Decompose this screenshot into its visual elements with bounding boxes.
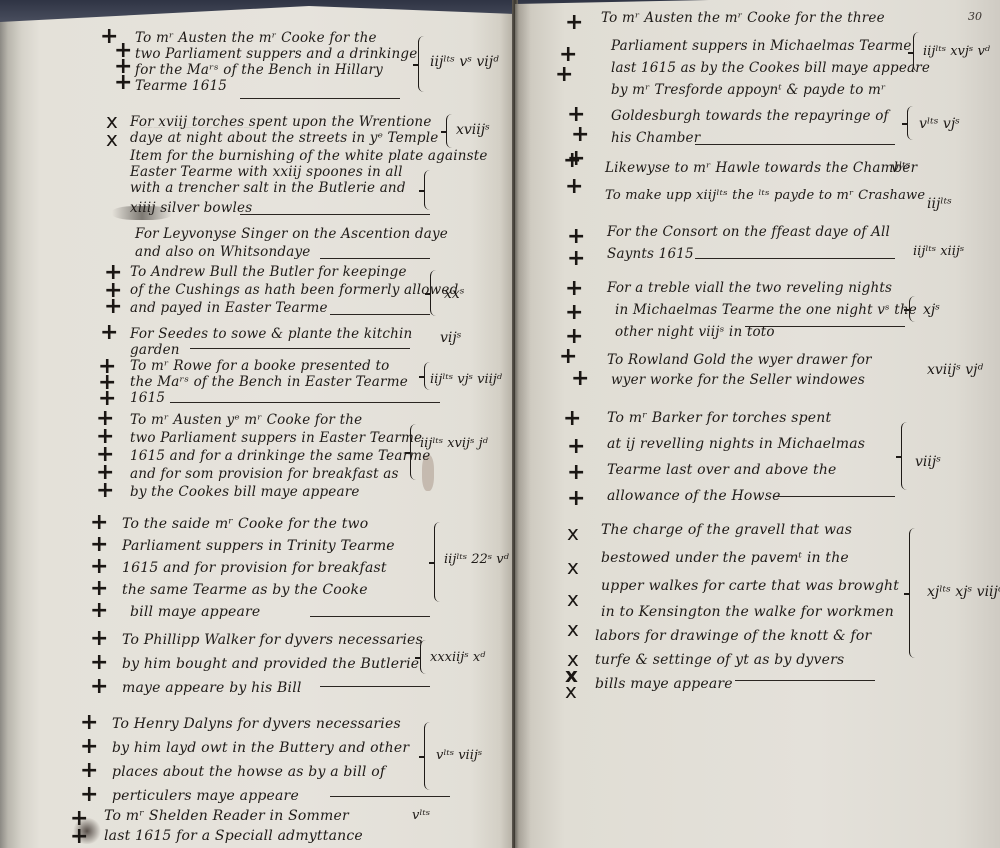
cross-mark: + bbox=[567, 436, 585, 458]
cross-mark: + bbox=[90, 512, 108, 534]
entry-line: To mʳ Barker for torches spent bbox=[607, 410, 831, 426]
cross-mark: + bbox=[80, 784, 98, 806]
closing-rule bbox=[240, 98, 400, 99]
entry-sum: vijˢ bbox=[440, 330, 461, 346]
cross-mark: + bbox=[567, 488, 585, 510]
entry-line: To mʳ Austen yᵉ mʳ Cooke for the bbox=[130, 412, 362, 428]
entry-line: Saynts 1615 bbox=[607, 246, 694, 262]
entry-line: by him bought and provided the Butlerie bbox=[122, 656, 419, 672]
open-manuscript-book: —— —— —— —— + + + + To mʳ Austen the mʳ … bbox=[0, 0, 1000, 848]
entry-sum: iijˡᵗˢ xvjˢ vᵈ bbox=[923, 44, 990, 59]
entry-line: and for som provision for breakfast as bbox=[130, 466, 399, 482]
entry-sum: xxxiijˢ xᵈ bbox=[430, 650, 485, 665]
x-mark: x bbox=[567, 618, 579, 640]
entry-line: and also on Whitsondaye bbox=[135, 244, 310, 260]
cross-mark: + bbox=[70, 826, 88, 848]
entry-line: of the Cushings as hath been formerly al… bbox=[130, 282, 458, 298]
entry-line: for the Maʳˢ of the Bench in Hillary bbox=[135, 62, 383, 78]
entry-sum: iijˡᵗˢ bbox=[927, 196, 952, 212]
closing-rule bbox=[190, 348, 410, 349]
entry-sum: iijˡᵗˢ xiijˢ bbox=[913, 244, 964, 259]
left-page: —— —— —— —— + + + + To mʳ Austen the mʳ … bbox=[0, 0, 515, 848]
entry-line: To mʳ Austen the mʳ Cooke for the bbox=[135, 30, 377, 46]
bracket bbox=[434, 522, 442, 602]
entry-sum: vˡᵗˢ bbox=[412, 808, 430, 823]
right-page: 30 + + + To mʳ Austen the mʳ Cooke for t… bbox=[515, 0, 1000, 848]
entry-line: last 1615 for a Speciall admyttance bbox=[104, 828, 363, 844]
entry-line: Tearme 1615 bbox=[135, 78, 227, 94]
entry-line: To the saide mʳ Cooke for the two bbox=[122, 516, 368, 532]
entry-line: allowance of the Howse bbox=[607, 488, 781, 504]
entry-line: the same Tearme as by the Cooke bbox=[122, 582, 368, 598]
bracket bbox=[913, 32, 921, 72]
entry-line: daye at night about the streets in yᵉ Te… bbox=[130, 130, 438, 146]
cross-mark: + bbox=[571, 124, 589, 146]
entry-line: turfe & settinge of yt as by dyvers bbox=[595, 652, 844, 668]
entry-line: To Rowland Gold the wyer drawer for bbox=[607, 352, 872, 368]
entry-line: The charge of the gravell that was bbox=[601, 522, 852, 538]
entry-sum: iijˡᵗˢ vjˢ viijᵈ bbox=[430, 372, 502, 387]
entry-line: two Parliament suppers and a drinkinge bbox=[135, 46, 417, 62]
entry-sum: xjˡᵗˢ xjˢ viijᵈ bbox=[927, 584, 1000, 600]
cross-mark: + bbox=[104, 296, 122, 318]
cross-mark: + bbox=[565, 302, 583, 324]
entry-sum: iijˡᵗˢ vˢ vijᵈ bbox=[430, 54, 499, 70]
closing-rule bbox=[695, 144, 895, 145]
entry-line: last 1615 as by the Cookes bill maye app… bbox=[611, 60, 930, 76]
cross-mark: + bbox=[563, 408, 581, 430]
cross-mark: + bbox=[90, 556, 108, 578]
entry-line: To mʳ Shelden Reader in Sommer bbox=[104, 808, 349, 824]
cross-mark: + bbox=[90, 628, 108, 650]
bracket bbox=[424, 170, 432, 210]
entry-line: For Leyvonyse Singer on the Ascention da… bbox=[135, 226, 448, 242]
cross-mark: + bbox=[90, 600, 108, 622]
bracket bbox=[410, 424, 418, 480]
bracket bbox=[909, 528, 917, 658]
cross-mark: + bbox=[567, 226, 585, 248]
entry-line: garden bbox=[130, 342, 180, 358]
closing-rule bbox=[240, 214, 430, 215]
closing-rule bbox=[695, 258, 895, 259]
entry-line: 1615 bbox=[130, 390, 165, 406]
entry-line: To Andrew Bull the Butler for keepinge bbox=[130, 264, 407, 280]
entry-line: 1615 and for a drinkinge the same Tearme bbox=[130, 448, 430, 464]
entry-sum: xxˢ bbox=[444, 286, 465, 302]
entry-line: the Maʳˢ of the Bench in Easter Tearme bbox=[130, 374, 408, 390]
cross-mark: + bbox=[96, 480, 114, 502]
entry-line: Parliament suppers in Michaelmas Tearme bbox=[611, 38, 912, 54]
cross-mark: + bbox=[567, 248, 585, 270]
cross-mark: + bbox=[100, 322, 118, 344]
closing-rule bbox=[170, 402, 440, 403]
closing-rule bbox=[735, 680, 875, 681]
bracket bbox=[907, 106, 915, 140]
closing-rule bbox=[320, 258, 430, 259]
entry-line: To Phillipp Walker for dyvers necessarie… bbox=[122, 632, 423, 648]
cross-mark: + bbox=[90, 534, 108, 556]
bracket bbox=[901, 422, 909, 490]
cross-mark: + bbox=[565, 12, 583, 34]
entry-line: upper walkes for carte that was browght bbox=[601, 578, 899, 594]
entry-line: Easter Tearme with xxiij spoones in all bbox=[130, 164, 403, 180]
entry-sum: xjˢ bbox=[923, 302, 940, 318]
cross-mark: + bbox=[90, 676, 108, 698]
entry-line: Tearme last over and above the bbox=[607, 462, 837, 478]
entry-sum: iijˡᵗˢ xvijˢ jᵈ bbox=[420, 436, 488, 451]
entry-line: To mʳ Rowe for a booke presented to bbox=[130, 358, 389, 374]
cross-mark: + bbox=[80, 736, 98, 758]
cross-mark: + bbox=[80, 712, 98, 734]
cross-mark: + bbox=[559, 346, 577, 368]
bracket bbox=[418, 36, 426, 92]
entry-line: by him layd owt in the Buttery and other bbox=[112, 740, 409, 756]
entry-line: labors for drawinge of the knott & for bbox=[595, 628, 871, 644]
entry-line: For Seedes to sowe & plante the kitchin bbox=[130, 326, 412, 342]
cross-mark: + bbox=[90, 652, 108, 674]
cross-mark: + bbox=[571, 368, 589, 390]
bracket bbox=[420, 640, 428, 674]
cross-mark: + bbox=[90, 578, 108, 600]
cross-mark: + bbox=[567, 462, 585, 484]
entry-line: in Michaelmas Tearme the one night vˢ th… bbox=[615, 302, 917, 318]
entry-line: Parliament suppers in Trinity Tearme bbox=[122, 538, 395, 554]
entry-line: wyer worke for the Seller windowes bbox=[611, 372, 865, 388]
entry-sum: vˡᵗˢ bbox=[891, 160, 910, 176]
entry-line: For xviij torches spent upon the Wrentio… bbox=[130, 114, 432, 130]
entry-line: bestowed under the pavemᵗ in the bbox=[601, 550, 849, 566]
closing-rule bbox=[320, 686, 430, 687]
cross-mark: + bbox=[114, 72, 132, 94]
cross-mark: + bbox=[565, 176, 583, 198]
entry-line: perticulers maye appeare bbox=[112, 788, 299, 804]
x-mark: x bbox=[567, 556, 579, 578]
entry-line: at ij revelling nights in Michaelmas bbox=[607, 436, 865, 452]
bracket bbox=[446, 114, 454, 148]
closing-rule bbox=[310, 616, 430, 617]
entry-sum: viijˢ bbox=[915, 454, 941, 470]
cross-mark: + bbox=[565, 278, 583, 300]
entry-line: Item for the burnishing of the white pla… bbox=[130, 148, 488, 164]
entry-line: 1615 and for provision for breakfast bbox=[122, 560, 387, 576]
x-mark: x bbox=[567, 588, 579, 610]
entry-sum: vˡᵗˢ vjˢ bbox=[919, 116, 960, 132]
entry-line: with a trencher salt in the Butlerie and bbox=[130, 180, 406, 196]
entry-line: For a treble viall the two reveling nigh… bbox=[607, 280, 892, 296]
entry-sum: iijˡᵗˢ 22ˢ vᵈ bbox=[444, 552, 509, 567]
closing-rule bbox=[745, 326, 905, 327]
entry-line: To Henry Dalyns for dyvers necessaries bbox=[112, 716, 401, 732]
cross-mark: + bbox=[555, 64, 573, 86]
entry-line: bill maye appeare bbox=[130, 604, 260, 620]
entry-line: in to Kensington the walke for workmen bbox=[601, 604, 894, 620]
bracket bbox=[430, 270, 438, 316]
entry-line: places about the howse as by a bill of bbox=[112, 764, 385, 780]
cross-mark: + bbox=[563, 150, 581, 172]
entry-line: maye appeare by his Bill bbox=[122, 680, 302, 696]
x-mark: x bbox=[565, 680, 577, 702]
bracket bbox=[424, 722, 432, 790]
closing-rule bbox=[775, 496, 895, 497]
cross-mark: + bbox=[80, 760, 98, 782]
folio-number: 30 bbox=[968, 10, 982, 23]
entry-line: and payed in Easter Tearme bbox=[130, 300, 328, 316]
entry-line: two Parliament suppers in Easter Tearme bbox=[130, 430, 422, 446]
entry-line: bills maye appeare bbox=[595, 676, 733, 692]
entry-sum: xviijˢ vjᵈ bbox=[927, 362, 983, 378]
entry-line: To make upp xiijˡᵗˢ the ˡᵗˢ payde to mʳ … bbox=[605, 188, 925, 203]
entry-line: Goldesburgh towards the repayringe of bbox=[611, 108, 889, 124]
entry-line: For the Consort on the ffeast daye of Al… bbox=[607, 224, 890, 240]
x-mark: x bbox=[567, 522, 579, 544]
entry-sum: xviijˢ bbox=[456, 122, 490, 138]
closing-rule bbox=[330, 314, 430, 315]
bracket bbox=[909, 296, 917, 322]
entry-line: xiiij silver bowles bbox=[130, 200, 252, 216]
entry-sum: vˡᵗˢ viijˢ bbox=[436, 748, 482, 763]
entry-line: To mʳ Austen the mʳ Cooke for the three bbox=[601, 10, 885, 26]
entry-line: by the Cookes bill maye appeare bbox=[130, 484, 360, 500]
x-mark: x bbox=[106, 128, 118, 150]
closing-rule bbox=[330, 796, 450, 797]
entry-line: his Chamber bbox=[611, 130, 700, 146]
entry-line: Likewyse to mʳ Hawle towards the Chamber bbox=[605, 160, 917, 176]
entry-line: by mʳ Tresforde appoynᵗ & payde to mʳ bbox=[611, 82, 886, 98]
